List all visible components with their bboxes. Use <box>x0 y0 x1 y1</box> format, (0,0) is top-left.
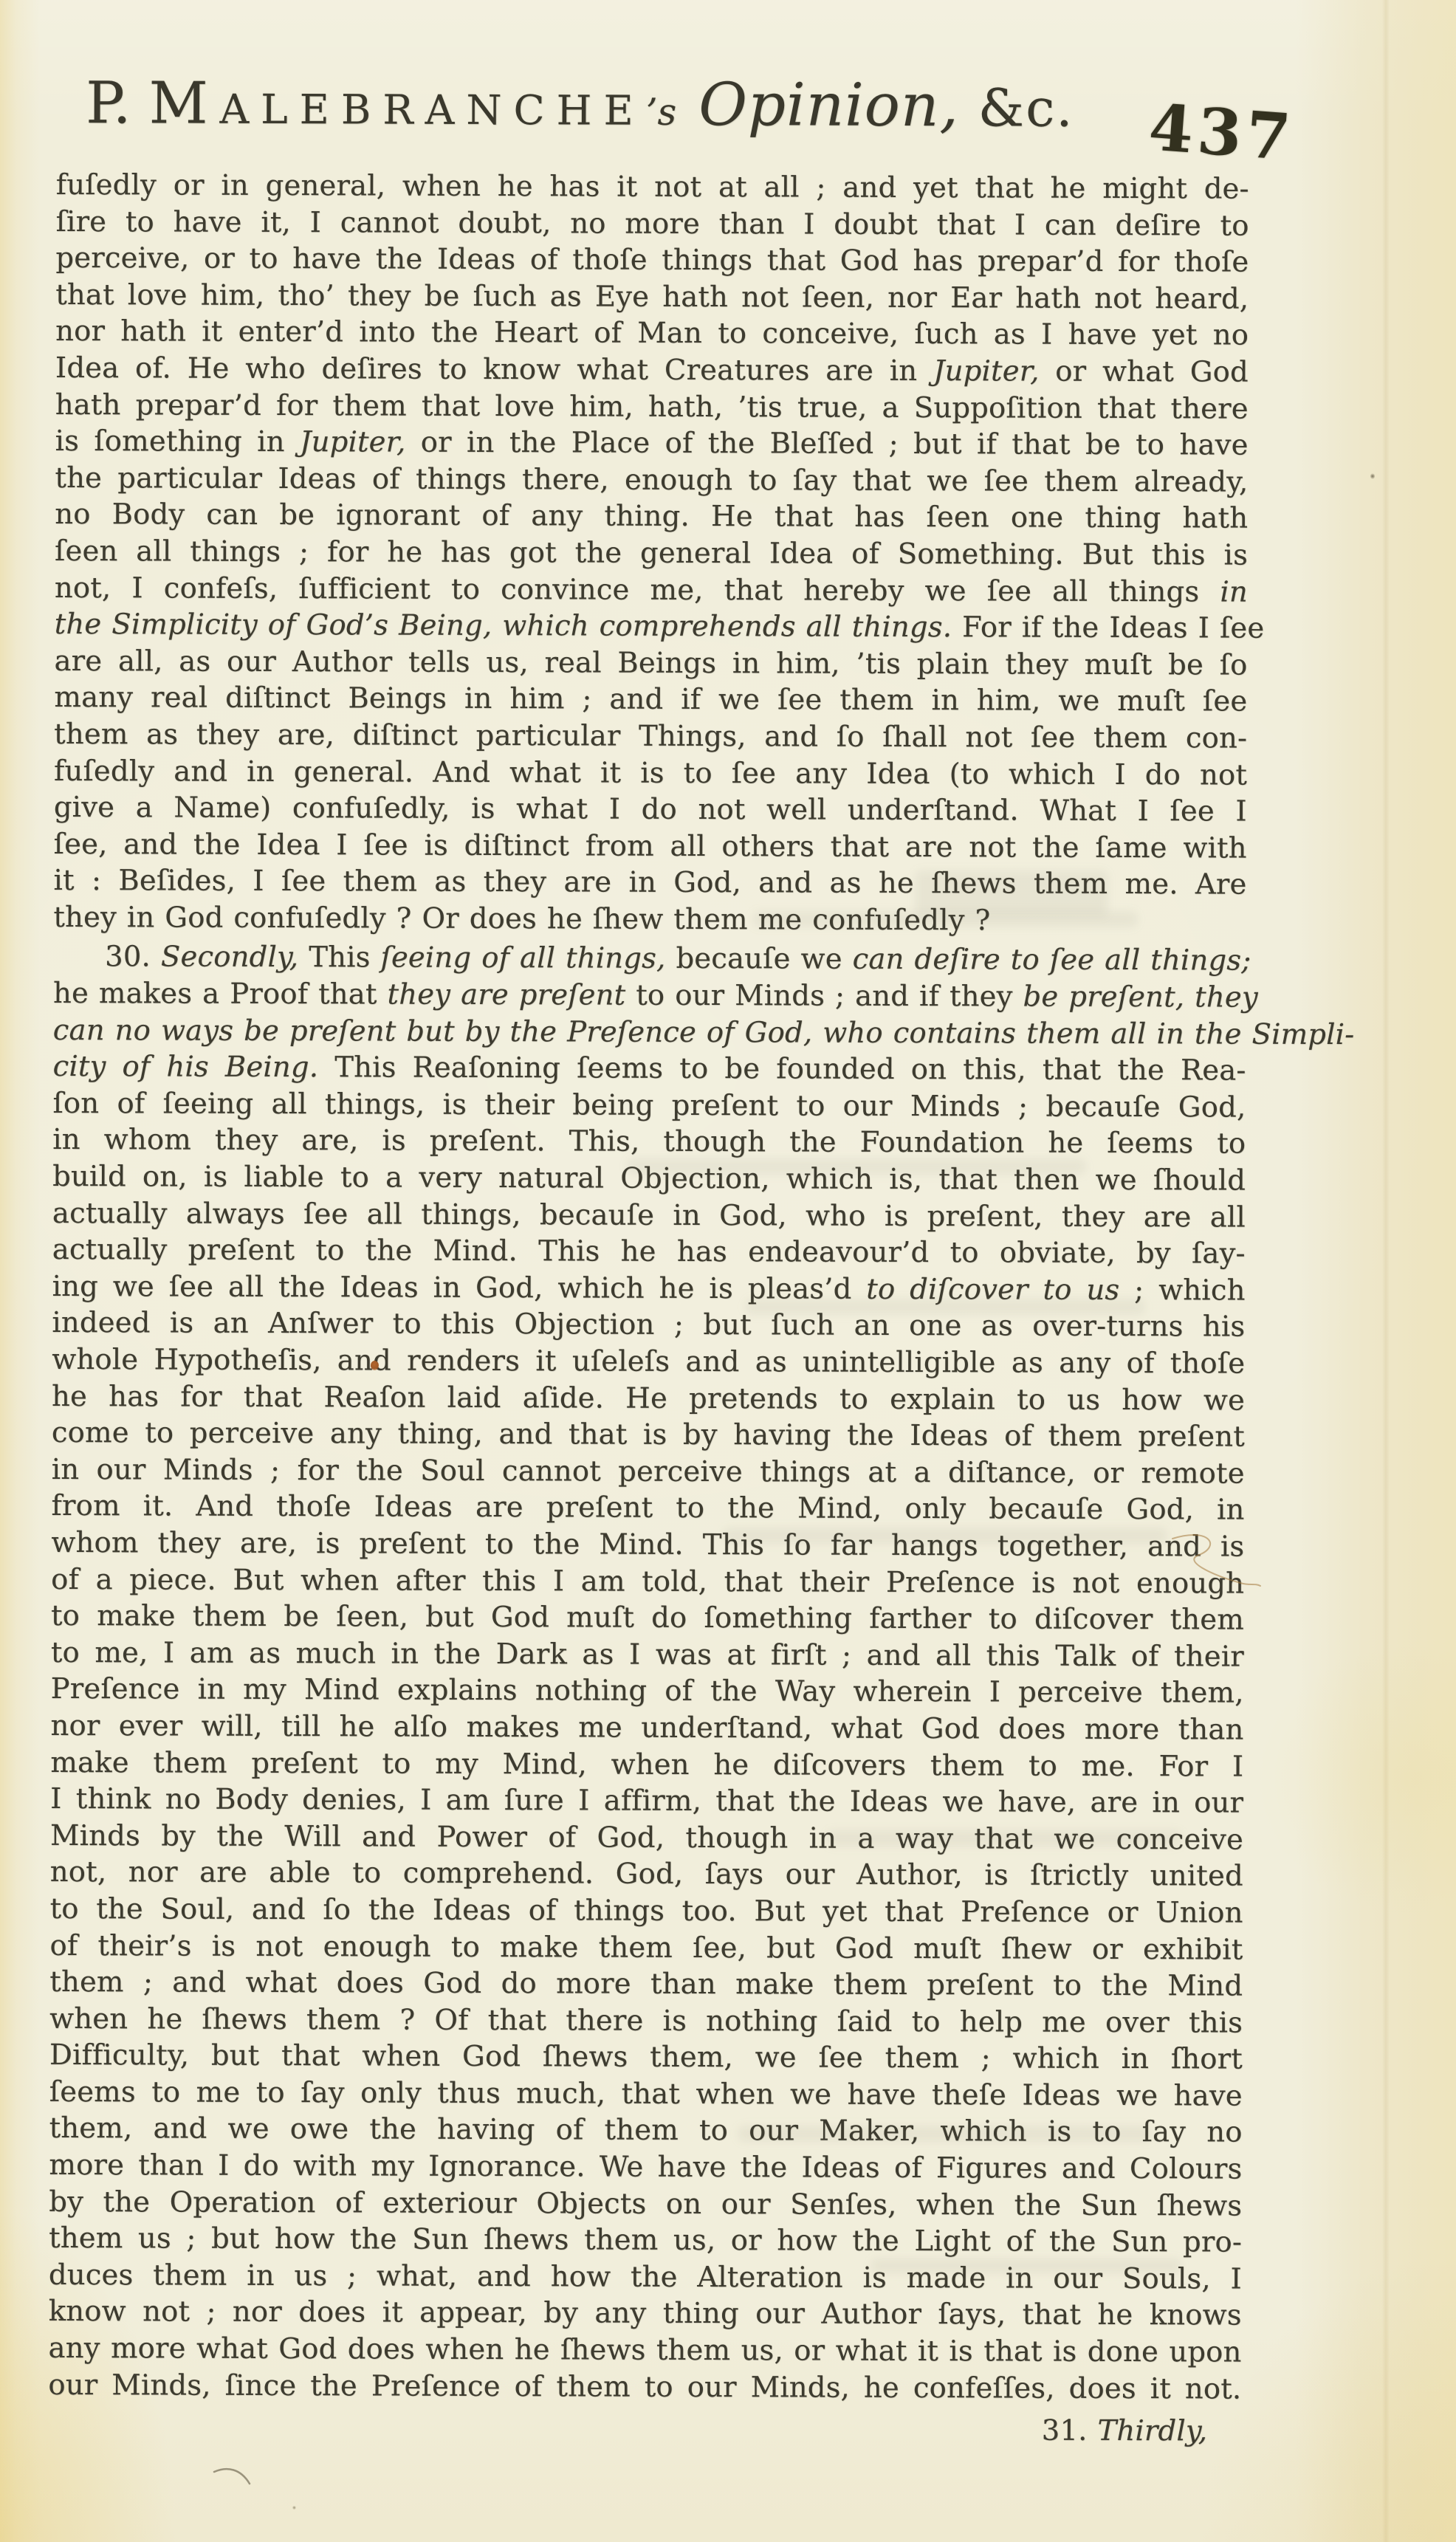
text-line: when he ſhews them ? Of that there is no… <box>49 2001 1243 2041</box>
text-segment-italic: be preſent, they <box>1023 980 1257 1014</box>
text-segment: ſire to have it, I cannot doubt, no more… <box>56 205 1249 243</box>
text-segment-italic: to diſcover to us <box>866 1273 1119 1307</box>
text-line: from it. And thoſe Ideas are preſent to … <box>51 1488 1244 1528</box>
text-line: Minds by the Will and Power of God, thou… <box>50 1818 1243 1858</box>
text-line: ſeems to me to ſay only thus much, that … <box>49 2074 1243 2115</box>
text-segment: Difficulty, but that when God ſhews them… <box>49 2038 1243 2076</box>
text-line: indeed is an Anſwer to this Objection ; … <box>52 1305 1245 1345</box>
text-segment: or what God <box>1039 355 1249 389</box>
text-segment: whole Hypotheſis, and renders it uſeleſs… <box>52 1343 1245 1381</box>
text-line: they in God confuſedly ? Or does he ſhew… <box>53 899 1246 940</box>
page-content: P.Malebranche’sOpinion,&c. 437 fuſedly o… <box>0 0 1456 2542</box>
text-segment: to make them be ſeen, but God muſt do ſo… <box>51 1599 1244 1637</box>
text-segment: not, I confeſs, ſufficient to convince m… <box>55 571 1220 608</box>
text-segment-italic: can no ways be preſent but by the Preſen… <box>53 1014 1355 1051</box>
text-line: whom they are, is preſent to the Mind. T… <box>51 1525 1244 1565</box>
text-segment: he has for that Reaſon laid aſide. He pr… <box>52 1380 1245 1418</box>
text-line: of their’s is not enough to make them ſe… <box>49 1927 1243 1968</box>
text-line: not, I confeſs, ſufficient to convince m… <box>55 569 1248 610</box>
text-segment: many real diſtinct Beings in him ; and i… <box>54 681 1247 718</box>
text-line: that love him, tho’ they be ſuch as Eye … <box>55 277 1249 317</box>
text-line: whole Hypotheſis, and renders it uſeleſs… <box>52 1342 1245 1382</box>
text-line: actually preſent to the Mind. This he ha… <box>52 1232 1246 1272</box>
text-line: the particular Ideas of things there, en… <box>55 460 1248 501</box>
text-segment: any more what God does when he ſhews the… <box>49 2332 1242 2369</box>
text-line: he has for that Reaſon laid aſide. He pr… <box>52 1378 1245 1419</box>
text-line: of a piece. But when after this I am tol… <box>51 1562 1244 1602</box>
text-segment: to our Minds ; and if they <box>625 979 1023 1014</box>
text-line: no Body can be ignorant of any thing. He… <box>55 496 1248 537</box>
text-line: them us ; but how the Sun ſhews them us,… <box>49 2220 1242 2261</box>
text-line: actually always ſee all things, becauſe … <box>52 1195 1246 1236</box>
text-segment: indeed is an Anſwer to this Objection ; … <box>52 1306 1245 1344</box>
text-line: in whom they are, is preſent. This, thou… <box>52 1121 1246 1162</box>
text-segment: nor ever will, till he alſo makes me und… <box>50 1709 1243 1747</box>
text-segment: no Body can be ignorant of any thing. He… <box>55 498 1248 535</box>
text-segment: them, and we owe the having of them to o… <box>49 2112 1243 2149</box>
text-line: perceive, or to have the Ideas of thoſe … <box>55 240 1249 281</box>
text-line: ſire to have it, I cannot doubt, no more… <box>56 204 1249 244</box>
text-segment: them ; and what does God do more than ma… <box>49 1965 1243 2003</box>
ink-speck <box>1370 473 1375 479</box>
text-segment: Preſence in my Mind explains nothing of … <box>51 1672 1244 1710</box>
text-segment: ſeen all things ; for he has got the gen… <box>55 535 1248 572</box>
text-segment: by the Operation of exteriour Objects on… <box>49 2185 1242 2223</box>
text-segment: or in the Place of the Bleſſed ; but if … <box>405 426 1248 462</box>
page-header-title: P.Malebranche’sOpinion,&c. <box>86 68 1074 140</box>
text-segment: more than I do with my Ignorance. We hav… <box>49 2148 1242 2186</box>
text-segment: in our Minds ; for the Soul cannot perce… <box>52 1453 1245 1491</box>
text-line: know not ; nor does it appear, by any th… <box>49 2293 1242 2334</box>
text-segment: in whom they are, is preſent. This, thou… <box>52 1123 1246 1161</box>
text-segment: our Minds, ſince the Preſence of them to… <box>48 2368 1241 2406</box>
text-segment-italic: Jupiter, <box>300 425 406 459</box>
text-line: Difficulty, but that when God ſhews them… <box>49 2037 1243 2078</box>
text-segment: 31. <box>1042 2414 1098 2447</box>
text-segment: know not ; nor does it appear, by any th… <box>49 2295 1242 2332</box>
text-line: not, nor are able to comprehend. God, ſa… <box>50 1854 1243 1895</box>
title-italic-word: Opinion, <box>698 70 959 140</box>
text-line: them, and we owe the having of them to o… <box>49 2110 1243 2151</box>
text-segment: whom they are, is preſent to the Mind. T… <box>51 1526 1244 1564</box>
text-line: ſeen all things ; for he has got the gen… <box>55 533 1248 574</box>
text-line: Preſence in my Mind explains nothing of … <box>51 1671 1244 1711</box>
text-segment: nor hath it enter’d into the Heart of Ma… <box>55 315 1249 352</box>
text-segment-italic: can deſire to ſee all things; <box>853 943 1251 978</box>
text-line: is ſomething in Jupiter, or in the Place… <box>55 423 1249 464</box>
text-segment: Idea of. He who deſires to know what Cre… <box>55 351 933 388</box>
text-line: many real diſtinct Beings in him ; and i… <box>54 679 1247 720</box>
text-line: fuſedly and in general. And what it is t… <box>54 752 1247 793</box>
text-segment: not, nor are able to comprehend. God, ſa… <box>50 1855 1243 1893</box>
text-segment: it : Beſides, I ſee them as they are in … <box>53 864 1246 901</box>
text-segment: them as they are, diſtinct particular Th… <box>54 718 1247 755</box>
text-line: to me, I am as much in the Dark as I was… <box>51 1635 1244 1675</box>
text-segment: actually preſent to the Mind. This he ha… <box>52 1233 1246 1271</box>
text-line: more than I do with my Ignorance. We hav… <box>49 2147 1242 2188</box>
text-segment: come to perceive any thing, and that is … <box>52 1416 1245 1454</box>
text-segment: when he ſhews them ? Of that there is no… <box>49 2002 1243 2040</box>
text-line: ſee, and the Idea I ſee is diſtinct from… <box>54 826 1247 867</box>
title-etcetera: &c. <box>978 78 1074 138</box>
text-segment: fuſedly and in general. And what it is t… <box>54 754 1247 791</box>
text-segment: perceive, or to have the Ideas of thoſe … <box>55 241 1249 279</box>
text-segment: I think no Body denies, I am ſure I affi… <box>50 1782 1243 1820</box>
text-segment-italic: Jupiter, <box>933 354 1040 388</box>
body-text: fuſedly or in general, when he has it no… <box>48 167 1249 2453</box>
text-segment: Minds by the Will and Power of God, thou… <box>50 1819 1243 1857</box>
text-line: build on, is liable to a very natural Ob… <box>52 1158 1246 1199</box>
text-segment: them us ; but how the Sun ſhews them us,… <box>49 2222 1242 2259</box>
text-segment: ing we ſee all the Ideas in God, which h… <box>52 1270 867 1306</box>
text-line: nor ever will, till he alſo makes me und… <box>50 1708 1243 1748</box>
text-line: the Simplicity of God’s Being, which com… <box>55 606 1248 647</box>
page-number: 437 <box>1147 90 1297 175</box>
text-line: Idea of. He who deſires to know what Cre… <box>55 350 1249 391</box>
text-segment: are all, as our Author tells us, real Be… <box>54 645 1247 682</box>
text-segment-italic: Thirdly, <box>1097 2414 1207 2448</box>
text-segment: is ſomething in <box>55 425 301 458</box>
text-line: to make them be ſeen, but God muſt do ſo… <box>51 1598 1244 1638</box>
text-segment: This Reaſoning ſeems to be founded on th… <box>318 1051 1246 1087</box>
text-line: them as they are, diſtinct particular Th… <box>54 716 1247 757</box>
text-segment: to me, I am as much in the Dark as I was… <box>51 1636 1244 1674</box>
text-line: I think no Body denies, I am ſure I affi… <box>50 1781 1243 1821</box>
text-line: are all, as our Author tells us, real Be… <box>54 643 1247 684</box>
text-segment: that love him, tho’ they be ſuch as Eye … <box>55 278 1249 316</box>
title-author-name: Malebranche <box>149 70 645 138</box>
text-segment: he makes a Proof that <box>53 977 388 1011</box>
text-line: come to perceive any thing, and that is … <box>52 1415 1245 1455</box>
text-segment-italic: ſeeing of all things, <box>380 941 665 975</box>
text-segment: duces them in us ; what, and how the Alt… <box>49 2258 1242 2296</box>
text-segment-italic: in <box>1220 575 1248 608</box>
text-line: any more what God does when he ſhews the… <box>49 2330 1242 2371</box>
text-segment-italic: Secondly, <box>161 941 298 975</box>
text-line: give a Name) confuſedly, is what I do no… <box>54 789 1247 830</box>
text-segment-italic: city of his Being. <box>53 1050 319 1084</box>
text-line: duces them in us ; what, and how the Alt… <box>49 2257 1242 2298</box>
text-segment: from it. And thoſe Ideas are preſent to … <box>51 1489 1244 1527</box>
text-segment: ſee, and the Idea I ſee is diſtinct from… <box>54 828 1247 865</box>
text-line: fuſedly or in general, when he has it no… <box>56 167 1249 207</box>
text-segment: actually always ſee all things, becauſe … <box>52 1197 1246 1234</box>
text-line: it : Beſides, I ſee them as they are in … <box>53 862 1246 903</box>
text-line: 30. Secondly, This ſeeing of all things,… <box>53 938 1246 979</box>
text-segment: becauſe we <box>665 942 852 976</box>
text-line: nor hath it enter’d into the Heart of Ma… <box>55 313 1249 354</box>
ink-speck <box>371 1361 379 1370</box>
title-possessive: ’s <box>646 91 677 134</box>
text-segment: of a piece. But when after this I am tol… <box>51 1563 1244 1601</box>
text-segment: For if the Ideas I ſee <box>952 611 1264 645</box>
text-segment: the particular Ideas of things there, en… <box>55 461 1248 499</box>
text-line: ſon of ſeeing all things, is their being… <box>52 1085 1246 1126</box>
text-line: to the Soul, and ſo the Ideas of things … <box>50 1891 1243 1931</box>
text-segment: 30. <box>105 941 161 974</box>
title-prefix: P. <box>86 70 131 137</box>
catchword-line: 31. Thirdly, <box>48 2409 1241 2453</box>
text-line: hath prepar’d for them that love him, ha… <box>55 387 1249 427</box>
text-line: them ; and what does God do more than ma… <box>49 1964 1243 2005</box>
text-line: make them preſent to my Mind, when he di… <box>50 1744 1243 1784</box>
text-segment-italic: they are preſent <box>387 978 625 1012</box>
text-segment: This <box>298 941 380 975</box>
text-segment: they in God confuſedly ? Or does he ſhew… <box>53 901 990 937</box>
text-segment: build on, is liable to a very natural Ob… <box>52 1160 1246 1198</box>
text-segment: to the Soul, and ſo the Ideas of things … <box>50 1892 1243 1930</box>
ink-speck <box>292 2506 296 2510</box>
text-segment: hath prepar’d for them that love him, ha… <box>55 388 1249 426</box>
text-segment: ſon of ſeeing all things, is their being… <box>52 1087 1246 1124</box>
text-line: he makes a Proof that they are preſent t… <box>53 975 1246 1016</box>
text-line: in our Minds ; for the Soul cannot perce… <box>52 1452 1245 1492</box>
text-line: city of his Being. This Reaſoning ſeems … <box>53 1048 1246 1089</box>
text-segment: ſeems to me to ſay only thus much, that … <box>49 2075 1243 2113</box>
text-segment: give a Name) confuſedly, is what I do no… <box>54 791 1247 828</box>
text-line: by the Operation of exteriour Objects on… <box>49 2184 1242 2225</box>
text-segment-italic: the Simplicity of God’s Being, which com… <box>55 608 952 644</box>
text-segment: of their’s is not enough to make them ſe… <box>49 1928 1243 1966</box>
text-line: our Minds, ſince the Preſence of them to… <box>48 2367 1241 2408</box>
text-segment: make them preſent to my Mind, when he di… <box>50 1745 1243 1783</box>
text-line: can no ways be preſent but by the Preſen… <box>53 1012 1246 1053</box>
book-page-scan: P.Malebranche’sOpinion,&c. 437 fuſedly o… <box>0 0 1456 2542</box>
text-line: ing we ſee all the Ideas in God, which h… <box>52 1268 1246 1309</box>
text-segment: ; which <box>1119 1274 1245 1308</box>
text-segment: fuſedly or in general, when he has it no… <box>56 168 1249 206</box>
